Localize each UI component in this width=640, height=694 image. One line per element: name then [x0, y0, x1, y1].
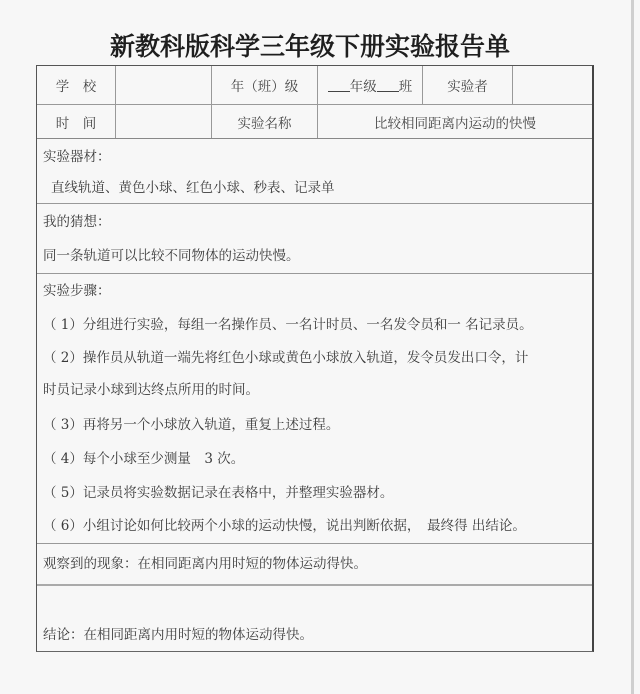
report-table: 学 校 年（班）级 年级班 实验者 时 间 实验名称 比较相同距离内运动的快慢 … — [36, 65, 594, 652]
observation-text: 观察到的现象：在相同距离内用时短的物体运动得快。 — [43, 555, 367, 573]
school-label: 学 校 — [37, 66, 116, 104]
school-field[interactable] — [116, 66, 212, 104]
experiment-name-label: 实验名称 — [212, 105, 318, 138]
header-row-2: 时 间 实验名称 比较相同距离内运动的快慢 — [37, 105, 592, 139]
step-3: （ 3）再将另一个小球放入轨道，重复上述过程。 — [43, 416, 339, 434]
step-6: （ 6）小组讨论如何比较两个小球的运动快慢，说出判断依据， 最终得 出结论。 — [43, 517, 526, 535]
steps-heading: 实验步骤： — [43, 282, 111, 300]
class-blank[interactable] — [377, 79, 399, 92]
class-unit-label: 班 — [399, 75, 413, 95]
conclusion-section: 结论：在相同距离内用时短的物体运动得快。 — [37, 586, 592, 652]
page-edge-stripe — [631, 0, 634, 694]
steps-section: 实验步骤： （ 1）分组进行实验，每组一名操作员、一名计时员、一名发令员和一 名… — [37, 274, 592, 544]
grade-field[interactable]: 年级班 — [318, 66, 423, 104]
experimenter-label: 实验者 — [423, 66, 513, 104]
experiment-name-value: 比较相同距离内运动的快慢 — [318, 105, 592, 138]
step-1: （ 1）分组进行实验，每组一名操作员、一名计时员、一名发令员和一 名记录员。 — [43, 316, 533, 334]
document-title: 新教科版科学三年级下册实验报告单 — [0, 30, 620, 64]
grade-unit-label: 年级 — [350, 75, 377, 95]
grade-blank[interactable] — [328, 79, 350, 92]
hypothesis-content: 同一条轨道可以比较不同物体的运动快慢。 — [43, 247, 300, 265]
materials-section: 实验器材： 直线轨道、黄色小球、红色小球、秒表、记录单 — [37, 139, 592, 204]
time-field[interactable] — [116, 105, 212, 138]
experimenter-field[interactable] — [513, 66, 592, 104]
hypothesis-section: 我的猜想： 同一条轨道可以比较不同物体的运动快慢。 — [37, 204, 592, 274]
conclusion-text: 结论：在相同距离内用时短的物体运动得快。 — [43, 626, 313, 644]
materials-heading: 实验器材： — [43, 148, 111, 166]
observation-section: 观察到的现象：在相同距离内用时短的物体运动得快。 — [37, 544, 592, 586]
step-5: （ 5）记录员将实验数据记录在表格中，并整理实验器材。 — [43, 484, 393, 502]
step-4: （ 4）每个小球至少测量 3 次。 — [43, 450, 244, 468]
materials-content: 直线轨道、黄色小球、红色小球、秒表、记录单 — [51, 179, 335, 197]
time-label: 时 间 — [37, 105, 116, 138]
header-row-1: 学 校 年（班）级 年级班 实验者 — [37, 66, 592, 105]
hypothesis-heading: 我的猜想： — [43, 213, 111, 231]
step-2-continued: 时员记录小球到达终点所用的时间。 — [43, 381, 259, 399]
step-2: （ 2）操作员从轨道一端先将红色小球或黄色小球放入轨道，发令员发出口令，计 — [43, 349, 528, 367]
grade-label: 年（班）级 — [212, 66, 318, 104]
